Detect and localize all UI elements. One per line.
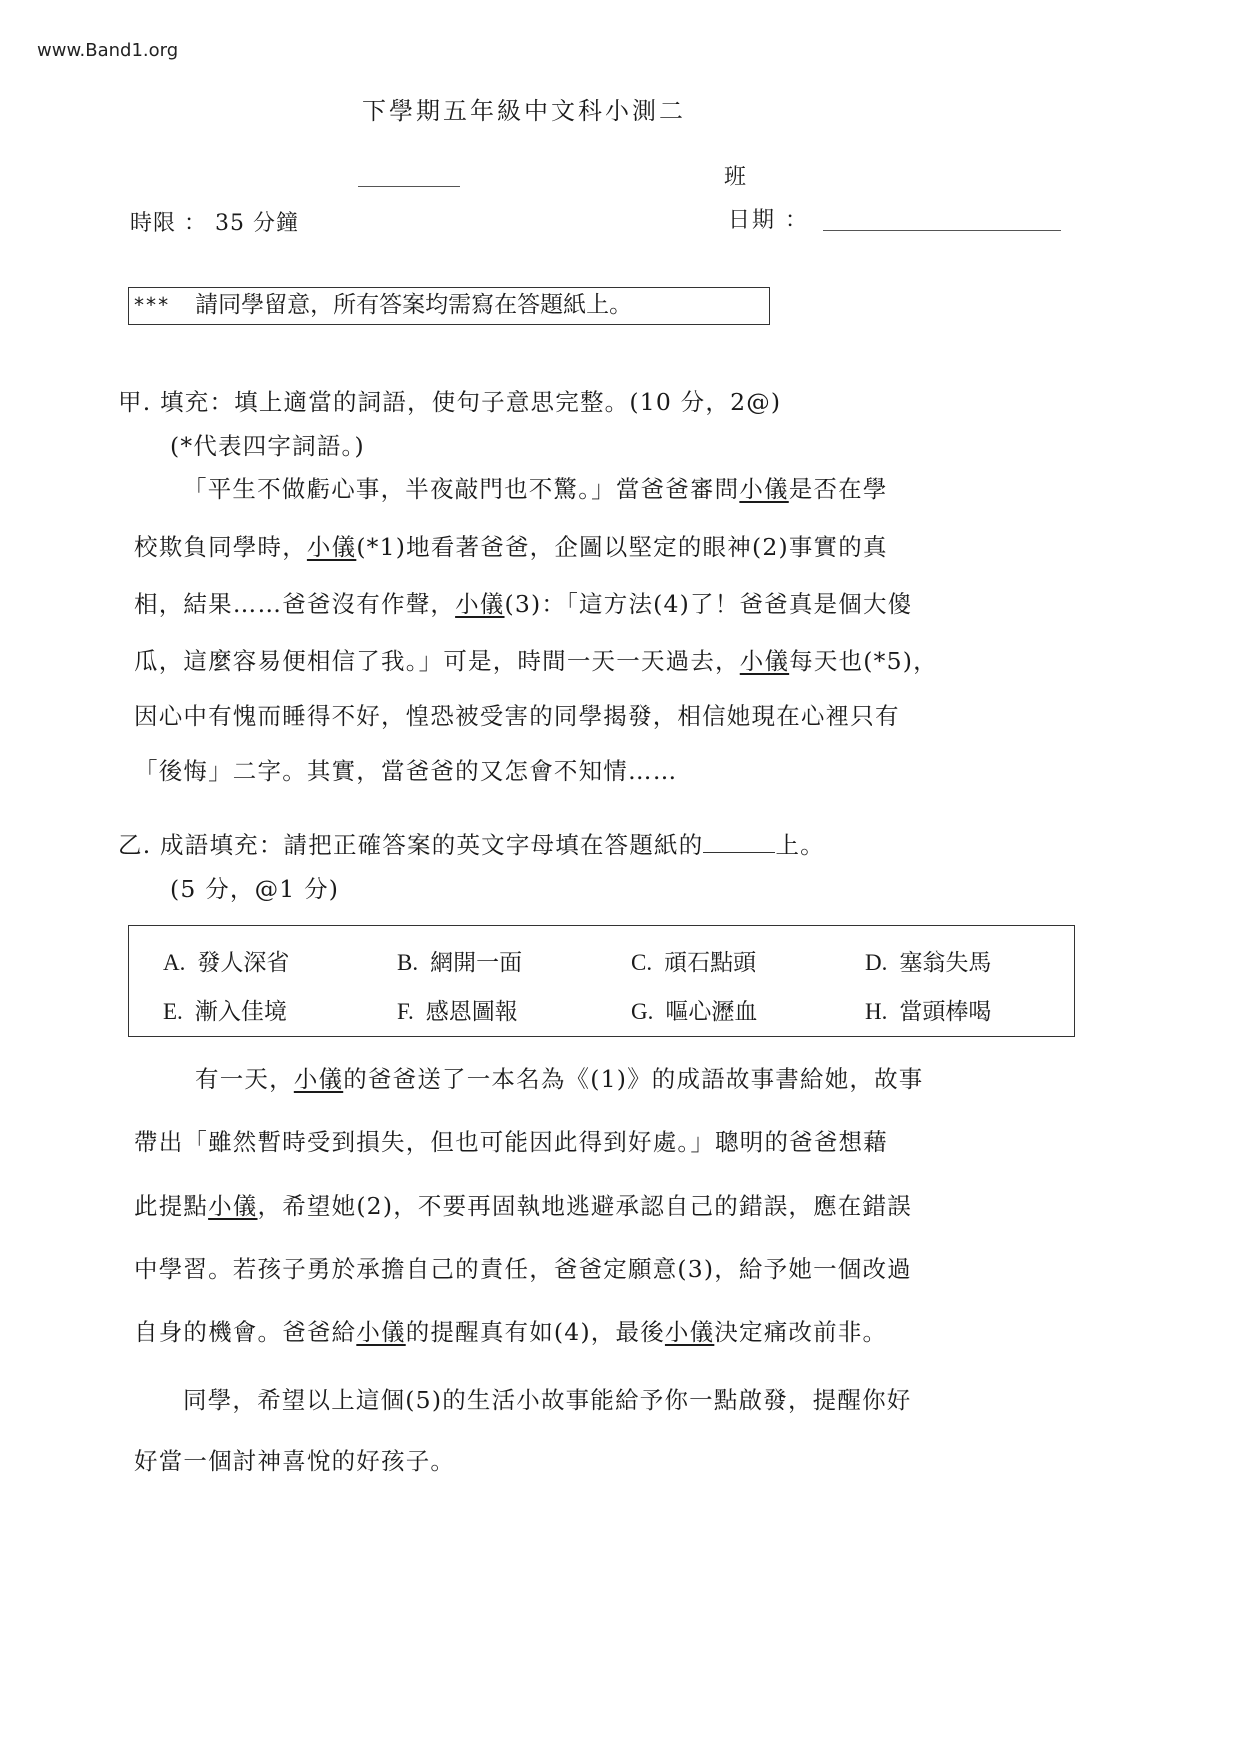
passage-text: 的爸爸送了一本名為《(1)》的成語故事書給她，故事	[343, 1065, 923, 1093]
passage-text: 同學，希望以上這個(5)的生活小故事能給予你一點啟發，提醒你好	[183, 1386, 912, 1414]
date-blank-line	[823, 230, 1061, 231]
option-text: 感恩圖報	[426, 999, 518, 1025]
section-b-score: (5 分，@1 分)	[170, 870, 339, 904]
section-a-line: 因心中有愧而睡得不好，惶恐被受害的同學揭發，相信她現在心裡只有	[134, 697, 900, 731]
option-letter: F.	[397, 999, 414, 1024]
passage-text: 是否在學	[789, 475, 888, 503]
section-a-line: 「後悔」二字。其實，當爸爸的又怎會不知情……	[134, 752, 677, 786]
passage-text: 自身的機會。爸爸給	[134, 1318, 356, 1346]
section-a-line: 校欺負同學時，小儀(*1)地看著爸爸，企圖以堅定的眼神(2)事實的真	[134, 528, 888, 562]
option-text: 頑石點頭	[664, 950, 756, 976]
idiom-option: H.當頭棒喝	[865, 993, 991, 1026]
character-name: 小儀	[208, 1192, 257, 1220]
passage-text: 「後悔」二字。其實，當爸爸的又怎會不知情……	[134, 757, 677, 785]
passage-text: ，希望她(2)，不要再固執地逃避承認自己的錯誤，應在錯誤	[258, 1192, 912, 1220]
option-text: 漸入佳境	[195, 999, 287, 1025]
section-b-line: 好當一個討神喜悅的好孩子。	[134, 1442, 455, 1476]
section-a-line: 相，結果……爸爸沒有作聲，小儀(3)：「這方法(4)了！爸爸真是個大傻	[134, 585, 912, 619]
character-name: 小儀	[294, 1065, 343, 1093]
idiom-option: A.發人深省	[163, 944, 289, 977]
section-b-line: 帶出「雖然暫時受到損失，但也可能因此得到好處。」聰明的爸爸想藉	[134, 1123, 888, 1157]
passage-text: 因心中有愧而睡得不好，惶恐被受害的同學揭發，相信她現在心裡只有	[134, 702, 900, 730]
passage-text: 帶出「雖然暫時受到損失，但也可能因此得到好處。」聰明的爸爸想藉	[134, 1128, 888, 1156]
passage-text: 決定痛改前非。	[714, 1318, 887, 1346]
passage-text: 每天也(*5)，	[789, 647, 938, 675]
section-a-line: 「平生不做虧心事，半夜敲門也不驚。」當爸爸審問小儀是否在學	[183, 470, 888, 504]
notice-box: ***請同學留意，所有答案均需寫在答題紙上。	[128, 287, 770, 325]
option-letter: E.	[163, 999, 183, 1024]
name-blank-line	[358, 186, 460, 187]
passage-text: 中學習。若孩子勇於承擔自己的責任，爸爸定願意(3)，給予她一個改過	[134, 1255, 912, 1283]
notice-stars: ***	[133, 293, 169, 317]
idiom-option: E.漸入佳境	[163, 993, 287, 1026]
passage-text: (3)：「這方法(4)了！爸爸真是個大傻	[505, 590, 913, 618]
section-b-line: 自身的機會。爸爸給小儀的提醒真有如(4)，最後小儀決定痛改前非。	[134, 1313, 887, 1347]
character-name: 小儀	[356, 1318, 405, 1346]
idiom-options-box: A.發人深省B.網開一面C.頑石點頭D.塞翁失馬E.漸入佳境F.感恩圖報G.嘔心…	[128, 925, 1075, 1037]
passage-text: 相，結果……爸爸沒有作聲，	[134, 590, 455, 618]
passage-text: 好當一個討神喜悅的好孩子。	[134, 1447, 455, 1475]
character-name: 小儀	[665, 1318, 714, 1346]
option-letter: D.	[865, 950, 887, 975]
passage-text: 「平生不做虧心事，半夜敲門也不驚。」當爸爸審問	[183, 475, 739, 503]
option-letter: A.	[163, 950, 185, 975]
idiom-option: B.網開一面	[397, 944, 522, 977]
idiom-option: G.嘔心瀝血	[631, 993, 757, 1026]
option-text: 嘔心瀝血	[665, 999, 757, 1025]
section-a-note: (*代表四字詞語。)	[170, 427, 365, 461]
option-text: 網開一面	[430, 950, 522, 976]
passage-text: (*1)地看著爸爸，企圖以堅定的眼神(2)事實的真	[356, 533, 887, 561]
option-text: 塞翁失馬	[899, 950, 991, 976]
class-label: 班	[724, 160, 746, 191]
section-b-heading-text: 乙. 成語填充：請把正確答案的英文字母填在答題紙的	[118, 831, 703, 859]
idiom-option: F.感恩圖報	[397, 993, 518, 1026]
passage-text: 瓜，這麼容易便相信了我。」可是，時間一天一天過去，	[134, 647, 740, 675]
section-b-line: 此提點小儀，希望她(2)，不要再固執地逃避承認自己的錯誤，應在錯誤	[134, 1187, 912, 1221]
section-b-heading: 乙. 成語填充：請把正確答案的英文字母填在答題紙的上。	[118, 826, 825, 860]
option-text: 當頭棒喝	[899, 999, 991, 1025]
passage-text: 校欺負同學時，	[134, 533, 307, 561]
option-letter: C.	[631, 950, 652, 975]
character-name: 小儀	[307, 533, 356, 561]
site-url: www.Band1.org	[37, 40, 178, 61]
passage-text: 的提醒真有如(4)，最後	[406, 1318, 665, 1346]
section-b-heading-end: 上。	[775, 831, 824, 859]
notice-text: 請同學留意，所有答案均需寫在答題紙上。	[195, 292, 632, 318]
page-title: 下學期五年級中文科小測二	[362, 91, 686, 126]
idiom-option: D.塞翁失馬	[865, 944, 991, 977]
character-name: 小儀	[739, 475, 788, 503]
section-a-heading: 甲. 填充：填上適當的詞語，使句子意思完整。(10 分，2@)	[118, 383, 781, 417]
time-limit: 時限 ： 35 分鐘	[130, 206, 299, 237]
option-letter: B.	[397, 950, 418, 975]
section-b-line: 有一天，小儀的爸爸送了一本名為《(1)》的成語故事書給她，故事	[195, 1060, 924, 1094]
option-letter: H.	[865, 999, 887, 1024]
option-letter: G.	[631, 999, 653, 1024]
section-b-line: 中學習。若孩子勇於承擔自己的責任，爸爸定願意(3)，給予她一個改過	[134, 1250, 912, 1284]
passage-text: 有一天，	[195, 1065, 294, 1093]
section-b-line: 同學，希望以上這個(5)的生活小故事能給予你一點啟發，提醒你好	[183, 1381, 912, 1415]
date-label: 日期 ：	[728, 203, 809, 234]
answer-blank	[703, 834, 775, 853]
character-name: 小儀	[455, 590, 504, 618]
character-name: 小儀	[740, 647, 789, 675]
passage-text: 此提點	[134, 1192, 208, 1220]
idiom-option: C.頑石點頭	[631, 944, 756, 977]
section-a-line: 瓜，這麼容易便相信了我。」可是，時間一天一天過去，小儀每天也(*5)，	[134, 642, 938, 676]
option-text: 發人深省	[197, 950, 289, 976]
